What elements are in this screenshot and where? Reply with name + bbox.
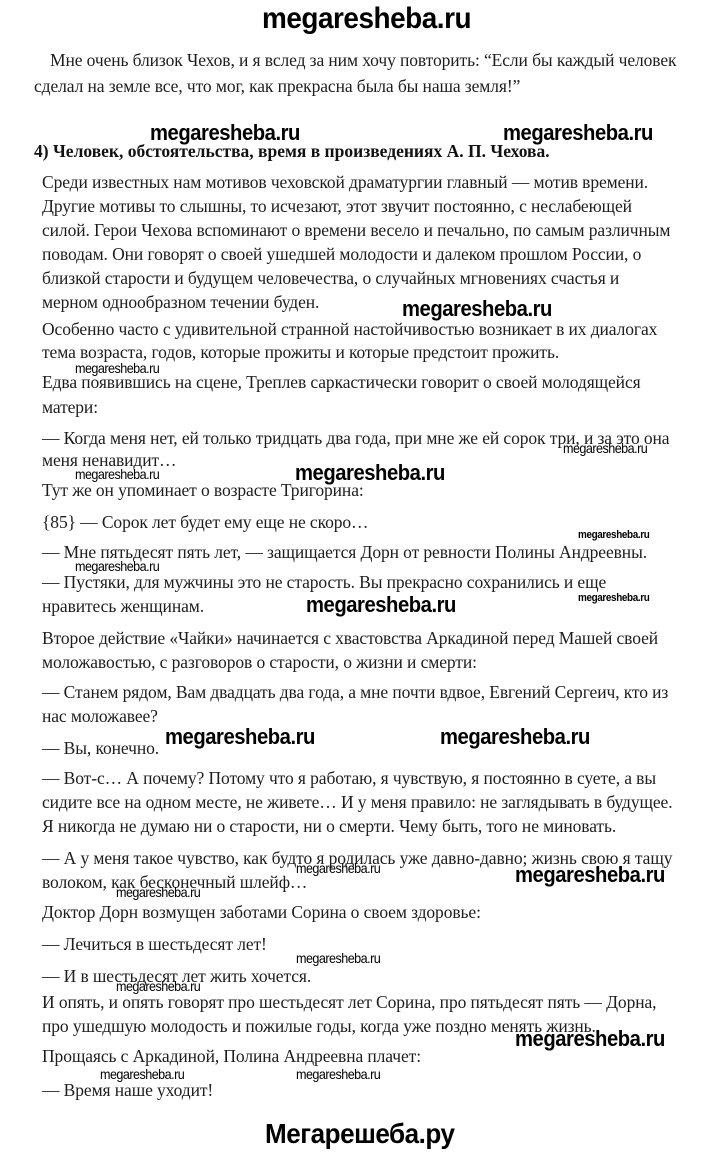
watermark: megaresheba.ru — [306, 592, 456, 618]
watermark: megaresheba.ru — [296, 950, 380, 966]
watermark: megaresheba.ru — [296, 860, 380, 876]
paragraph-line: моложавостью, с разговоров о старости, о… — [42, 652, 477, 673]
intro-line-2: сделал на земле все, что мог, как прекра… — [34, 76, 520, 97]
paragraph-line: Прощаясь с Аркадиной, Полина Андреевна п… — [42, 1046, 421, 1067]
paragraph-line: мерном однообразном течении буден. — [42, 292, 319, 313]
document-page: megaresheba.ru Мне очень близок Чехов, и… — [0, 0, 720, 1154]
paragraph-line: Среди известных нам мотивов чеховской др… — [42, 172, 648, 193]
paragraph-line: Другие мотивы то слышны, то исчезают, эт… — [42, 196, 632, 217]
paragraph-line: матери: — [42, 397, 98, 418]
paragraph-line: близкой старости и будущем человечества,… — [42, 268, 619, 289]
watermark: megaresheba.ru — [515, 1026, 665, 1052]
watermark: megaresheba.ru — [578, 592, 649, 604]
paragraph-line: — Станем рядом, Вам двадцать два года, а… — [42, 682, 668, 703]
paragraph-line: нас моложавее? — [42, 706, 158, 727]
watermark: megaresheba.ru — [440, 724, 590, 750]
paragraph-line: {85} — Сорок лет будет ему еще не скоро… — [42, 512, 368, 533]
watermark: megaresheba.ru — [515, 862, 665, 888]
paragraph-line: Второе действие «Чайки» начинается с хва… — [42, 628, 658, 649]
paragraph-line: нравитесь женщинам. — [42, 596, 204, 617]
site-header-watermark: megaresheba.ru — [262, 2, 471, 36]
paragraph-line: — Пустяки, для мужчины это не старость. … — [42, 572, 606, 593]
paragraph-line: Особенно часто с удивительной странной н… — [42, 319, 657, 340]
watermark: megaresheba.ru — [563, 440, 647, 456]
paragraph-line: Я никогда не думаю ни о старости, ни о с… — [42, 816, 616, 837]
intro-line-1: Мне очень близок Чехов, и я вслед за ним… — [50, 50, 676, 71]
site-footer-watermark: Мегарешеба.ру — [265, 1118, 455, 1150]
paragraph-line: сидите все на одном месте, не живете… И … — [42, 792, 673, 813]
paragraph-line: Тут же он упоминает о возрасте Тригорина… — [42, 480, 364, 501]
watermark: megaresheba.ru — [578, 529, 649, 541]
section-heading: 4) Человек, обстоятельства, время в прои… — [34, 141, 550, 162]
paragraph-line: про ушедшую молодость и пожилые годы, ко… — [42, 1016, 596, 1037]
watermark: megaresheba.ru — [165, 724, 315, 750]
paragraph-line: — Лечиться в шестьдесят лет! — [42, 934, 267, 955]
paragraph-line: — Время наше уходит! — [42, 1080, 213, 1101]
paragraph-line: И опять, и опять говорят про шестьдесят … — [42, 992, 656, 1013]
paragraph-line: Едва появившись на сцене, Треплев саркас… — [42, 372, 641, 393]
paragraph-line: поводам. Они говорят о своей ушедшей мол… — [42, 244, 641, 265]
paragraph-line: — Вы, конечно. — [42, 738, 159, 759]
paragraph-line: — Вот-с… А почему? Потому что я работаю,… — [42, 768, 656, 789]
paragraph-line: силой. Герои Чехова вспоминают о времени… — [42, 220, 670, 241]
paragraph-line: Доктор Дорн возмущен заботами Сорина о с… — [42, 902, 481, 923]
watermark: megaresheba.ru — [296, 1066, 380, 1082]
watermark: megaresheba.ru — [116, 884, 200, 900]
